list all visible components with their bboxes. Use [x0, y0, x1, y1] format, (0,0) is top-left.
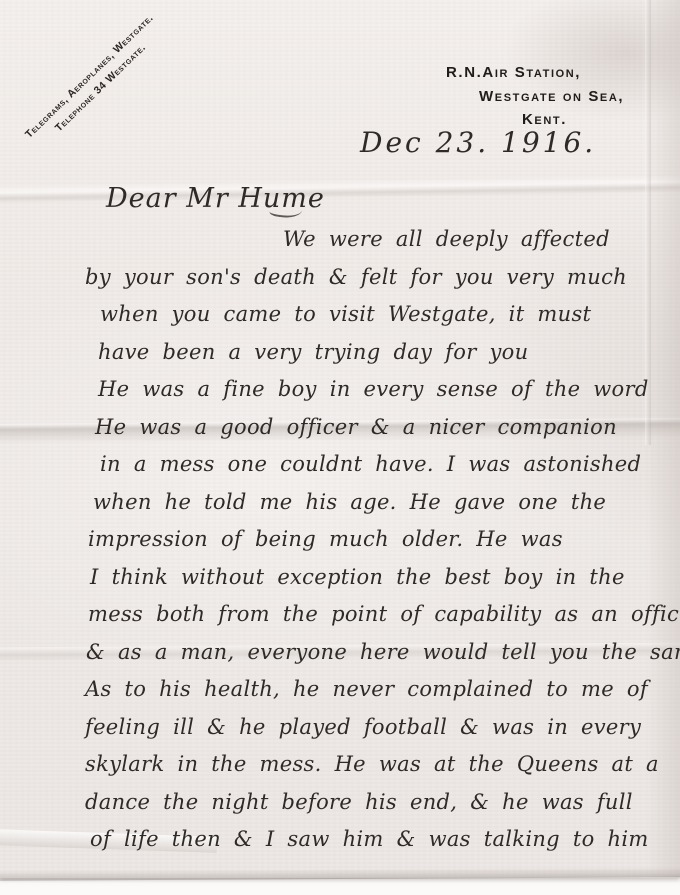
letter-line: We were all deeply affected	[85, 221, 670, 259]
scanned-letter-page: Telegrams, Aeroplanes, Westgate. Telepho…	[0, 0, 680, 895]
letter-line: skylark in the mess. He was at the Queen…	[85, 746, 670, 784]
letter-line: & as a man, everyone here would tell you…	[85, 634, 670, 672]
letter-line: when you came to visit Westgate, it must	[85, 296, 670, 334]
letter-body: We were all deeply affected by your son'…	[85, 221, 670, 859]
station-town: Westgate on Sea,	[479, 85, 624, 109]
letter-line: He was a fine boy in every sense of the …	[85, 371, 670, 409]
letter-date: Dec 23. 1916.	[360, 126, 596, 159]
letter-line: have been a very trying day for you	[85, 334, 670, 372]
letter-line: in a mess one couldnt have. I was astoni…	[85, 446, 670, 484]
letter-line: of life then & I saw him & was talking t…	[85, 821, 670, 859]
letter-line: He was a good officer & a nicer companio…	[85, 409, 670, 447]
station-letterhead: R.N.Air Station, Westgate on Sea, Kent.	[446, 61, 624, 132]
letter-line: I think without exception the best boy i…	[85, 559, 670, 597]
station-name: R.N.Air Station,	[446, 61, 624, 85]
letter-line: when he told me his age. He gave one the	[85, 484, 670, 522]
letter-line: mess both from the point of capability a…	[85, 596, 670, 634]
letter-line: impression of being much older. He was	[85, 521, 670, 559]
letter-line: dance the night before his end, & he was…	[85, 784, 670, 822]
letter-line: feeling ill & he played football & was i…	[85, 709, 670, 747]
letter-line: As to his health, he never complained to…	[85, 671, 670, 709]
letter-line: by your son's death & felt for you very …	[85, 259, 670, 297]
